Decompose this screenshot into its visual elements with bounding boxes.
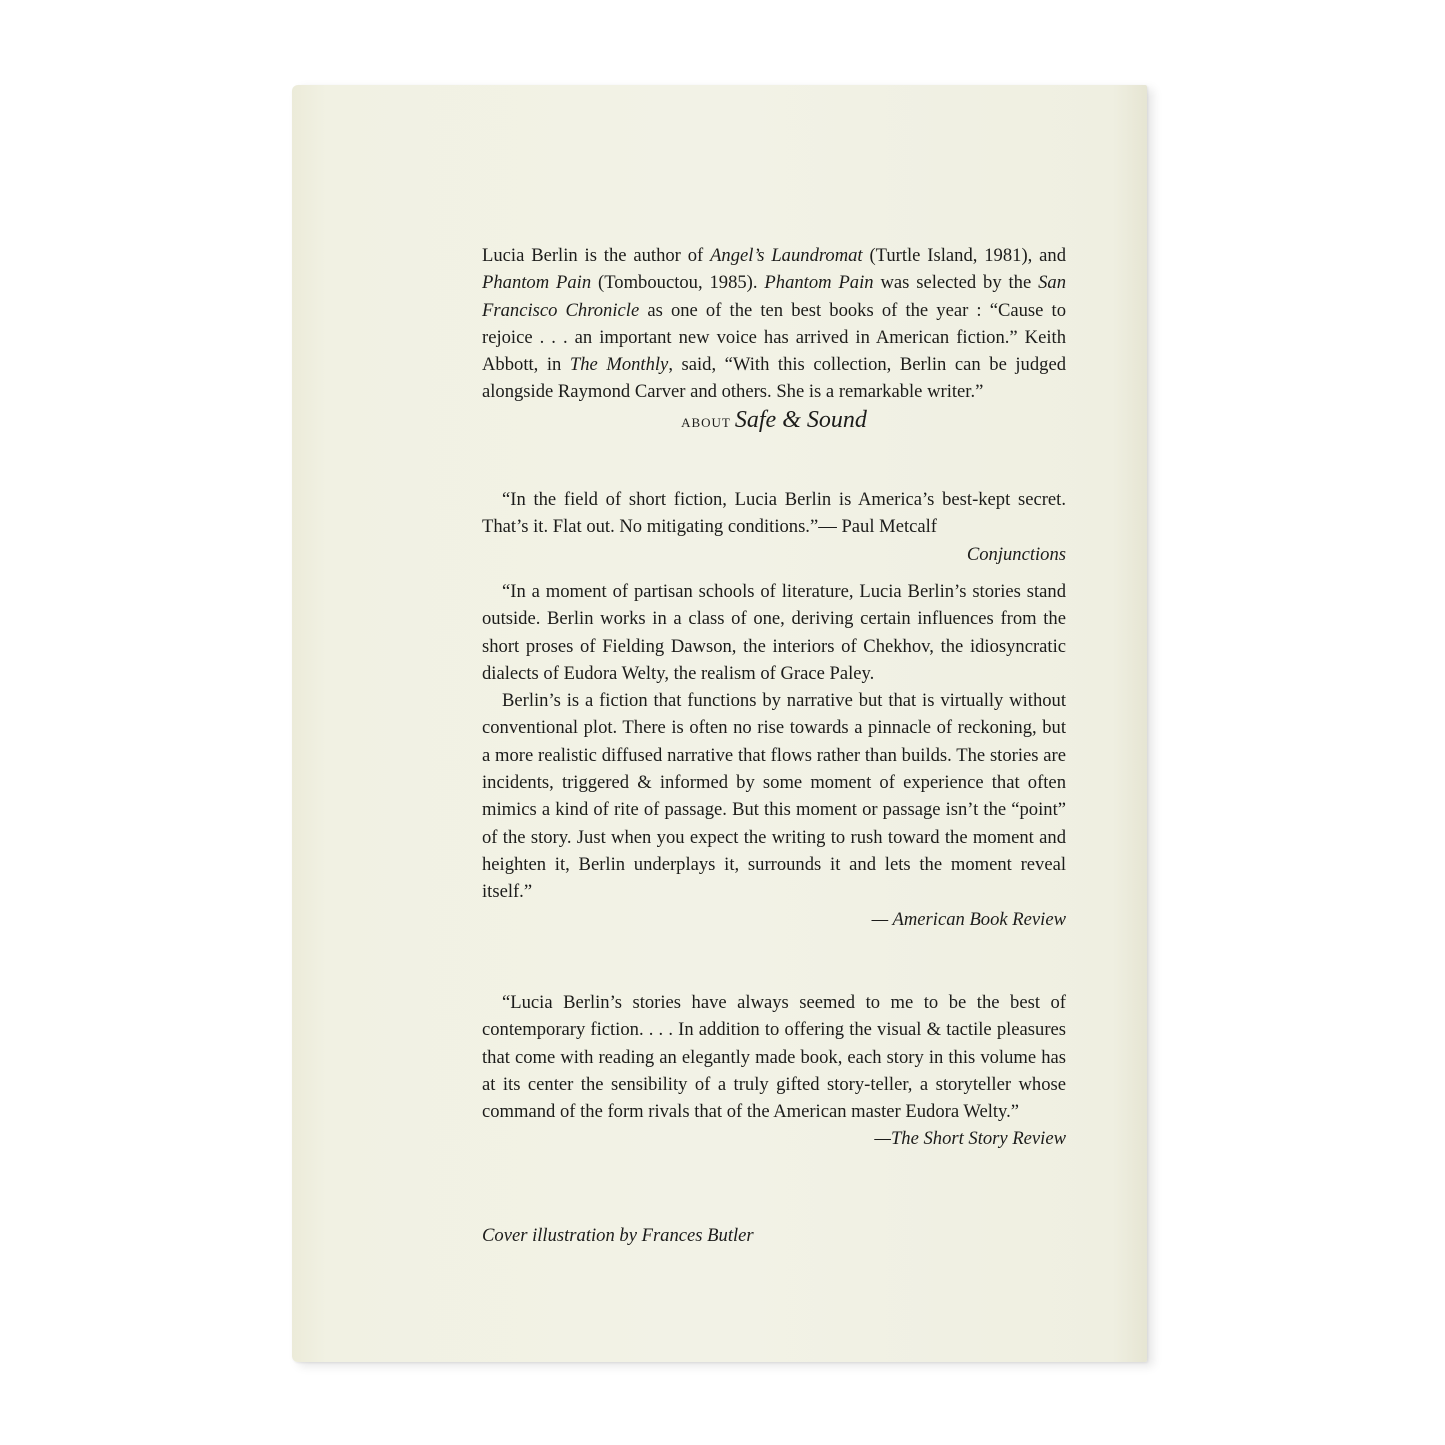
- author-bio: Lucia Berlin is the author of Angel’s La…: [482, 242, 1066, 406]
- blurb-source: —The Short Story Review: [854, 1125, 1066, 1152]
- book-title: Safe & Sound: [735, 407, 867, 433]
- blurb-text: “In the field of short fiction, Lucia Be…: [482, 486, 1066, 541]
- blurb-american-book-review: “In a moment of partisan schools of lite…: [482, 578, 1066, 933]
- blurb-text: “In a moment of partisan schools of lite…: [482, 578, 1066, 687]
- about-heading: about Safe & Sound: [482, 407, 1066, 436]
- author-bio-text: Lucia Berlin is the author of Angel’s La…: [482, 242, 1066, 406]
- blurb-metcalf: “In the field of short fiction, Lucia Be…: [482, 486, 1066, 568]
- book-back-cover: Lucia Berlin is the author of Angel’s La…: [292, 85, 1147, 1362]
- blurb-source: — American Book Review: [482, 906, 1066, 933]
- about-prefix: about: [681, 415, 731, 430]
- cover-credit-text: Cover illustration by Frances Butler: [482, 1225, 754, 1246]
- blurb-text: Berlin’s is a fiction that functions by …: [482, 687, 1066, 905]
- blurb-text: “Lucia Berlin’s stories have always seem…: [482, 989, 1066, 1125]
- cover-credit: Cover illustration by Frances Butler: [482, 1222, 1066, 1249]
- blurb-short-story-review: “Lucia Berlin’s stories have always seem…: [482, 989, 1066, 1153]
- blurb-source: Conjunctions: [482, 541, 1066, 568]
